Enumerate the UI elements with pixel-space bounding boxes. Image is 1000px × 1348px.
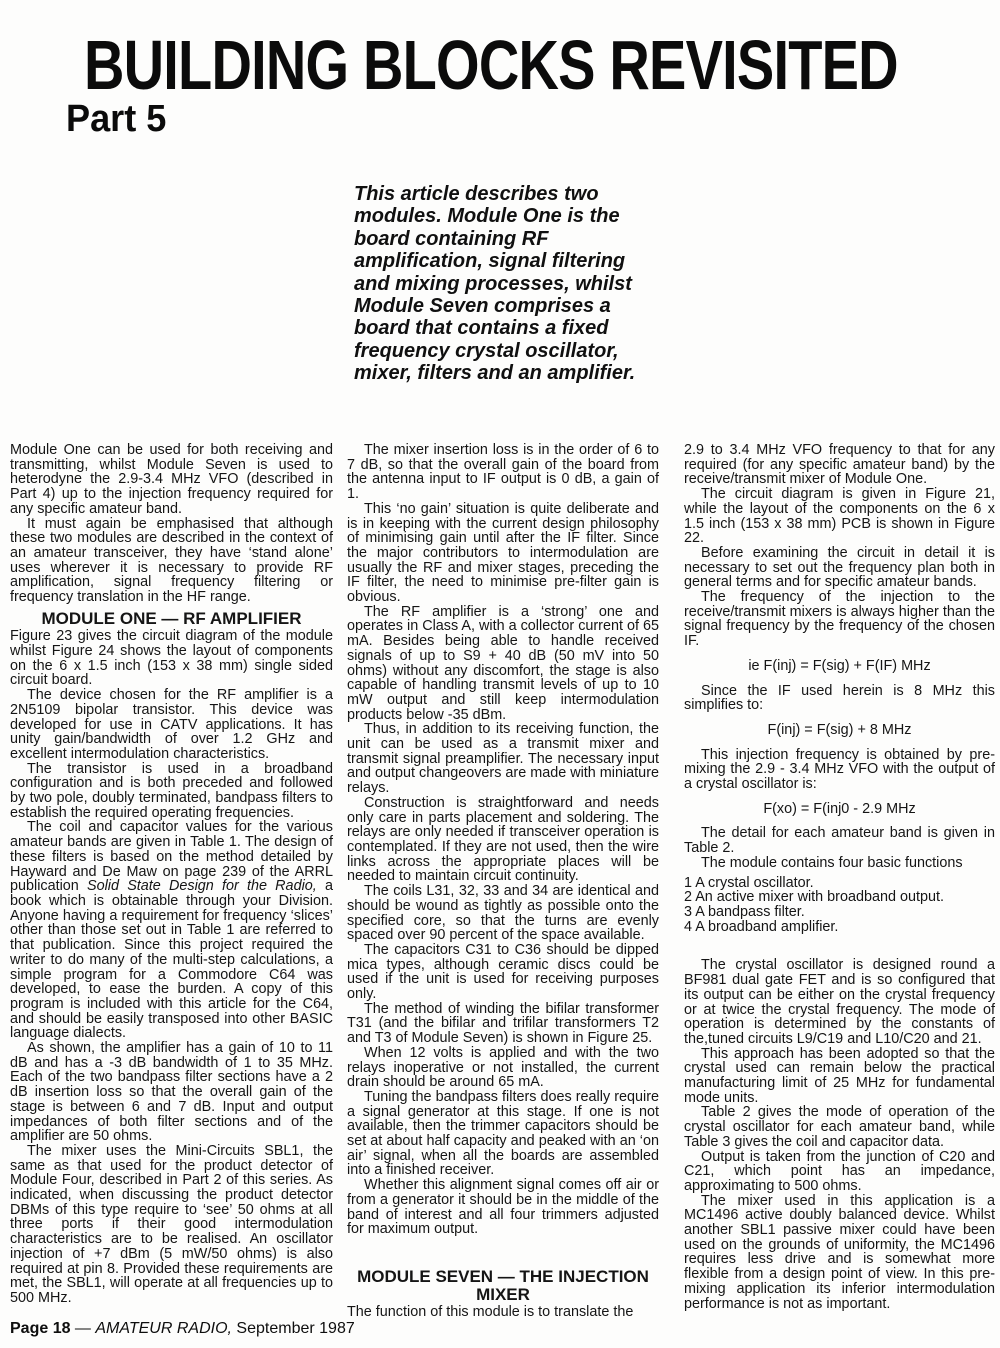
text-run: Table 2 gives the mode of operation of t… bbox=[684, 1104, 995, 1149]
text-run: F(xo) = F(inj0 - 2.9 MHz bbox=[763, 801, 915, 817]
body-paragraph: The device chosen for the RF amplifier i… bbox=[10, 688, 333, 762]
body-paragraph: The mixer uses the Mini-Circuits SBL1, t… bbox=[10, 1144, 333, 1306]
text-run: 1 A crystal oscillator. bbox=[684, 875, 814, 891]
list-item: 3 A bandpass filter. bbox=[684, 905, 995, 920]
text-run: Construction is straightforward and need… bbox=[347, 795, 659, 885]
body-paragraph: Construction is straightforward and need… bbox=[347, 796, 659, 884]
text-run: The detail for each amateur band is give… bbox=[684, 825, 995, 856]
body-paragraph: Output is taken from the junction of C20… bbox=[684, 1150, 995, 1194]
italic-text-run: Solid State Design for the Radio, bbox=[87, 878, 317, 894]
text-run: Since the IF used herein is 8 MHz this s… bbox=[684, 683, 995, 714]
text-run: Before examining the circuit in detail i… bbox=[684, 545, 995, 590]
text-run: The mixer used in this application is a … bbox=[684, 1193, 995, 1312]
article-title: BUILDING BLOCKS REVISITED bbox=[84, 30, 898, 100]
text-run: As shown, the amplifier has a gain of 10… bbox=[10, 1040, 333, 1144]
text-run: It must again be emphasised that althoug… bbox=[10, 516, 333, 606]
body-paragraph: It must again be emphasised that althoug… bbox=[10, 517, 333, 605]
equation: F(xo) = F(inj0 - 2.9 MHz bbox=[684, 802, 995, 817]
text-run: The crystal oscillator is designed round… bbox=[684, 957, 995, 1047]
text-run: Output is taken from the junction of C20… bbox=[684, 1149, 995, 1194]
text-run: Figure 23 gives the circuit diagram of t… bbox=[10, 628, 333, 688]
text-run: 2.9 to 3.4 MHz VFO frequency to that for… bbox=[684, 442, 995, 487]
text-run: The mixer uses the Mini-Circuits SBL1, t… bbox=[10, 1143, 333, 1306]
body-paragraph: Since the IF used herein is 8 MHz this s… bbox=[684, 684, 995, 713]
text-run: a book which is obtainable through your … bbox=[10, 878, 333, 1041]
text-run: This approach has been adopted so that t… bbox=[684, 1046, 995, 1106]
article-part-label: Part 5 bbox=[66, 100, 166, 138]
body-paragraph: The circuit diagram is given in Figure 2… bbox=[684, 487, 995, 546]
body-paragraph: The module contains four basic functions bbox=[684, 856, 995, 871]
body-paragraph: The detail for each amateur band is give… bbox=[684, 826, 995, 855]
footer-issue-date: September 1987 bbox=[232, 1320, 355, 1337]
footer-dash: — bbox=[70, 1320, 95, 1337]
body-paragraph: Whether this alignment signal comes off … bbox=[347, 1178, 659, 1237]
body-paragraph: The frequency of the injection to the re… bbox=[684, 590, 995, 649]
body-paragraph: The method of winding the bifilar transf… bbox=[347, 1002, 659, 1046]
list-item: 2 An active mixer with broadband output. bbox=[684, 890, 995, 905]
spacer bbox=[684, 934, 995, 958]
body-paragraph: Table 2 gives the mode of operation of t… bbox=[684, 1105, 995, 1149]
body-paragraph: This ‘no gain’ situation is quite delibe… bbox=[347, 502, 659, 605]
text-run: The function of this module is to transl… bbox=[347, 1304, 633, 1320]
list-item: 4 A broadband amplifier. bbox=[684, 920, 995, 935]
body-paragraph: As shown, the amplifier has a gain of 10… bbox=[10, 1041, 333, 1144]
body-paragraph: When 12 volts is applied and with the tw… bbox=[347, 1046, 659, 1090]
text-run: The capacitors C31 to C36 should be dipp… bbox=[347, 942, 659, 1002]
body-paragraph: This approach has been adopted so that t… bbox=[684, 1047, 995, 1106]
text-run: 3 A bandpass filter. bbox=[684, 904, 805, 920]
text-run: 4 A broadband amplifier. bbox=[684, 919, 838, 935]
text-run: Whether this alignment signal comes off … bbox=[347, 1177, 659, 1237]
equation: F(inj) = F(sig) + 8 MHz bbox=[684, 723, 995, 738]
body-paragraph: The transistor is used in a broadband co… bbox=[10, 762, 333, 821]
column-left: Module One can be used for both receivin… bbox=[10, 443, 333, 1306]
body-paragraph: The RF amplifier is a ‘strong’ one and o… bbox=[347, 605, 659, 723]
text-run: When 12 volts is applied and with the tw… bbox=[347, 1045, 659, 1090]
text-run: Module One can be used for both receivin… bbox=[10, 442, 333, 517]
text-run: The RF amplifier is a ‘strong’ one and o… bbox=[347, 604, 659, 723]
column-middle: The mixer insertion loss is in the order… bbox=[347, 443, 659, 1320]
body-paragraph: Before examining the circuit in detail i… bbox=[684, 546, 995, 590]
text-run: F(inj) = F(sig) + 8 MHz bbox=[768, 722, 912, 738]
page-footer: Page 18 — AMATEUR RADIO, September 1987 bbox=[10, 1319, 630, 1338]
section-heading: MODULE SEVEN — THE INJECTION MIXER bbox=[347, 1268, 659, 1303]
list-item: 1 A crystal oscillator. bbox=[684, 876, 995, 891]
spacer bbox=[347, 1237, 659, 1263]
section-heading: MODULE ONE — RF AMPLIFIER bbox=[10, 610, 333, 628]
body-paragraph: Figure 23 gives the circuit diagram of t… bbox=[10, 629, 333, 688]
intro-abstract: This article describes two modules. Modu… bbox=[354, 183, 656, 385]
text-run: ie F(inj) = F(sig) + F(IF) MHz bbox=[748, 658, 930, 674]
body-paragraph: Module One can be used for both receivin… bbox=[10, 443, 333, 517]
text-run: The device chosen for the RF amplifier i… bbox=[10, 687, 333, 762]
text-run: The mixer insertion loss is in the order… bbox=[347, 442, 659, 502]
body-paragraph: The coil and capacitor values for the va… bbox=[10, 820, 333, 1041]
text-run: This ‘no gain’ situation is quite delibe… bbox=[347, 501, 659, 605]
body-paragraph: The mixer insertion loss is in the order… bbox=[347, 443, 659, 502]
text-run: The module contains four basic functions bbox=[701, 855, 963, 871]
text-run: MODULE ONE — RF AMPLIFIER bbox=[41, 609, 301, 628]
text-run: The transistor is used in a broadband co… bbox=[10, 761, 333, 821]
magazine-page: BUILDING BLOCKS REVISITED Part 5 This ar… bbox=[0, 0, 1000, 1348]
column-right: 2.9 to 3.4 MHz VFO frequency to that for… bbox=[684, 443, 995, 1311]
text-run: The frequency of the injection to the re… bbox=[684, 589, 995, 649]
equation: ie F(inj) = F(sig) + F(IF) MHz bbox=[684, 659, 995, 674]
body-paragraph: The capacitors C31 to C36 should be dipp… bbox=[347, 943, 659, 1002]
text-run: Tuning the bandpass filters does really … bbox=[347, 1089, 659, 1179]
text-run: This injection frequency is obtained by … bbox=[684, 747, 995, 792]
body-paragraph: 2.9 to 3.4 MHz VFO frequency to that for… bbox=[684, 443, 995, 487]
body-paragraph: The function of this module is to transl… bbox=[347, 1305, 659, 1320]
text-run: Thus, in addition to its receiving funct… bbox=[347, 721, 659, 796]
body-paragraph: Thus, in addition to its receiving funct… bbox=[347, 722, 659, 796]
text-run: 2 An active mixer with broadband output. bbox=[684, 889, 944, 905]
footer-magazine-title: AMATEUR RADIO, bbox=[95, 1320, 232, 1337]
body-paragraph: This injection frequency is obtained by … bbox=[684, 748, 995, 792]
body-paragraph: The mixer used in this application is a … bbox=[684, 1194, 995, 1312]
body-paragraph: The coils L31, 32, 33 and 34 are identic… bbox=[347, 884, 659, 943]
body-paragraph: Tuning the bandpass filters does really … bbox=[347, 1090, 659, 1178]
footer-page-number: Page 18 bbox=[10, 1320, 70, 1337]
text-run: The circuit diagram is given in Figure 2… bbox=[684, 486, 995, 546]
text-run: The coils L31, 32, 33 and 34 are identic… bbox=[347, 883, 659, 943]
body-paragraph: The crystal oscillator is designed round… bbox=[684, 958, 995, 1046]
text-run: The method of winding the bifilar transf… bbox=[347, 1001, 659, 1046]
text-run: MODULE SEVEN — THE INJECTION MIXER bbox=[357, 1267, 649, 1304]
